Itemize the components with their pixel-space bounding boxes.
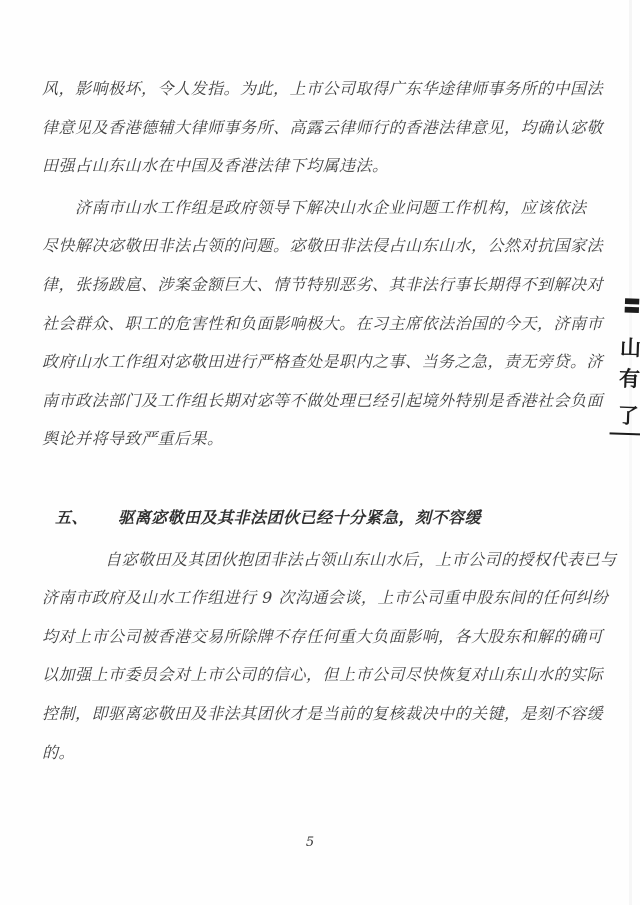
- text-line: 的。: [42, 734, 604, 773]
- text-line: 济南市山水工作组是政府领导下解决山水企业问题工作机构，应该依法: [42, 189, 604, 228]
- page-number: 5: [0, 835, 630, 850]
- handwritten-margin-note: 〓山有了: [610, 291, 640, 435]
- handwriting-glyph: 山: [612, 332, 640, 364]
- paragraph: 风，影响极坏，令人发指。为此，上市公司取得广东华途律师事务所的中国法律意见及香港…: [42, 70, 604, 186]
- text-line: 风，影响极坏，令人发指。为此，上市公司取得广东华途律师事务所的中国法: [42, 70, 604, 109]
- text-line: 田强占山东山水在中国及香港法律下均属违法。: [42, 147, 604, 186]
- document-content: 风，影响极坏，令人发指。为此，上市公司取得广东华途律师事务所的中国法律意见及香港…: [42, 70, 604, 775]
- text-line: 律意见及香港德辅大律师事务所、高露云律师行的香港法律意见，均确认宓敬: [42, 109, 604, 148]
- text-line: 自宓敬田及其团伙抱团非法占领山东山水后，上市公司的授权代表已与: [42, 541, 604, 580]
- handwriting-glyph: 了: [610, 400, 640, 435]
- text-line: 政府山水工作组对宓敬田进行严格查处是职内之事、当务之急，责无旁贷。济: [42, 343, 604, 382]
- handwriting-glyph: 〓: [613, 291, 640, 323]
- text-line: 控制，即驱离宓敬田及非法其团伙才是当前的复核裁决中的关键，是刻不容缓: [42, 695, 604, 734]
- paragraph: 自宓敬田及其团伙抱团非法占领山东山水后，上市公司的授权代表已与济南市政府及山水工…: [42, 541, 604, 773]
- document-page: 风，影响极坏，令人发指。为此，上市公司取得广东华途律师事务所的中国法律意见及香港…: [0, 0, 640, 905]
- text-line: 以加强上市委员会对上市公司的信心，但上市公司尽快恢复对山东山水的实际: [42, 656, 604, 695]
- text-line: 南市政法部门及工作组长期对宓等不做处理已经引起境外特别是香港社会负面: [42, 382, 604, 421]
- text-line: 舆论并将导致严重后果。: [42, 420, 604, 459]
- text-line: 济南市政府及山水工作组进行 9 次沟通会谈，上市公司重申股东间的任何纠纷: [42, 579, 604, 618]
- text-line: 社会群众、职工的危害性和负面影响极大。在习主席依法治国的今天，济南市: [42, 305, 604, 344]
- heading-number: 五、: [55, 508, 88, 527]
- text-line: 均对上市公司被香港交易所除牌不存任何重大负面影响，各大股东和解的确可: [42, 618, 604, 657]
- paragraph: 济南市山水工作组是政府领导下解决山水企业问题工作机构，应该依法尽快解决宓敬田非法…: [42, 189, 604, 459]
- scan-artifact-line: [629, 0, 632, 905]
- text-line: 尽快解决宓敬田非法占领的问题。宓敬田非法侵占山东山水，公然对抗国家法: [42, 227, 604, 266]
- heading-title: 驱离宓敬田及其非法团伙已经十分紧急，刻不容缓: [118, 508, 481, 527]
- section-heading: 五、驱离宓敬田及其非法团伙已经十分紧急，刻不容缓: [42, 499, 604, 538]
- handwriting-glyph: 有: [611, 363, 640, 395]
- text-line: 律，张扬跋扈、涉案金额巨大、情节特别恶劣、其非法行事长期得不到解决对: [42, 266, 604, 305]
